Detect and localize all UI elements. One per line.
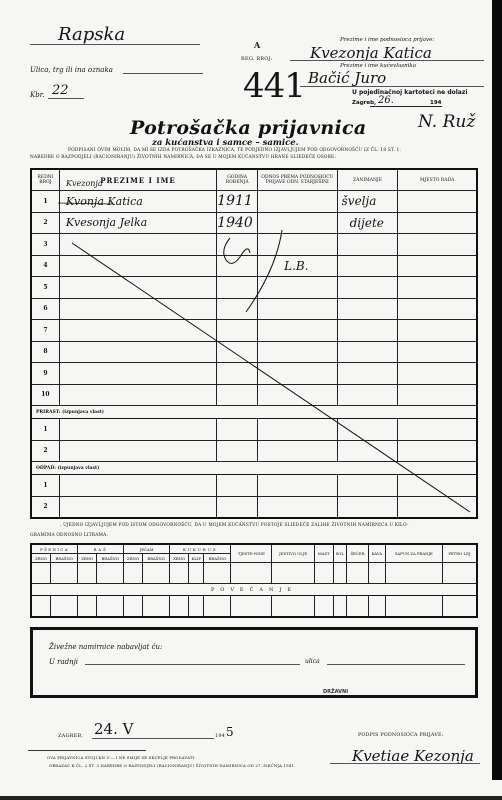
page-subtitle: za kućanstva i samce – samice. [152,138,299,148]
row-no: 10 [31,384,59,406]
street-handwritten: Rapska [58,24,125,45]
row-relation [258,277,338,299]
footer-year-suffix: 5 [226,725,234,739]
sub-psenica-zrno: ZRNO [31,554,51,563]
signature-underline [330,763,480,764]
group-petrolej: PETRO-LEJ [442,544,477,563]
owner-value: Bačić Juro [308,69,386,87]
table-row: 6 [31,298,477,320]
series-letter: A [254,40,260,50]
applicant-underline [290,60,484,61]
row-no: 1 [31,191,59,213]
row-occupation [337,277,398,299]
row-year [217,234,258,256]
sub-raz-brasno: BRAŠNO [97,554,124,563]
row-relation [258,384,338,406]
sub-psenica-brasno: BRAŠNO [51,554,78,563]
odpad-row: 1 [31,475,477,497]
footer-separator [28,750,146,751]
row-year [217,384,258,406]
supplies-increase-row [31,596,477,618]
row-no: 9 [31,363,59,385]
row-workplace [398,298,477,320]
page-title: Potrošačka prijavnica [130,117,367,139]
row-year [217,277,258,299]
row-occupation [337,234,398,256]
row-occupation: dijete [337,212,398,234]
row-no: 8 [31,341,59,363]
table-row: 3 [31,234,477,256]
row-name [59,277,216,299]
row-workplace [398,320,477,342]
row-name [59,298,216,320]
table-row: 10 [31,384,477,406]
header-relation: ODNOS PREMA PODNOSIOCU PRIJAVE ODN. STAR… [258,169,338,191]
povecanje-row: POVEĆANJE [31,584,477,596]
row-occupation [337,384,398,406]
row-occupation [337,341,398,363]
members-table: REDNI BROJ PREZIME I IME GODINA ROĐENJA … [30,168,478,519]
owner-underline [300,86,484,87]
row-workplace [398,234,477,256]
row-relation [258,212,338,234]
group-tjestenine: TJESTE-NINE [231,544,272,563]
table-row: 5 [31,277,477,299]
row-workplace [398,277,477,299]
row-no: 4 [31,255,59,277]
odpad-section-row: ODPAD: (izpunjava vlast) [31,462,477,475]
row-workplace [398,363,477,385]
house-number-label: Kbr. [30,91,45,99]
header-occupation: ZANIMANJE [337,169,398,191]
intro-line-1: PODPISANI OVIM MOLIM, DA MI SE IZDA POTR… [68,148,401,153]
group-sol: SOL [333,544,347,563]
footer-year-prefix: 194 [215,733,225,739]
row-name: Kvesonja Jelka [59,212,216,234]
supplies-intro-line-1: , UJEDNO IZJAVLJUJEM POD ISTOM ODGOVORNO… [60,523,409,528]
document-page: Rapska Ulica, trg ili ina oznaka Kbr. 22… [0,0,502,800]
row-relation: L.B. [258,255,338,277]
row-year: 1940 [217,212,258,234]
row-year [217,255,258,277]
row-workplace [398,384,477,406]
group-kava: KAVA [368,544,385,563]
prirast-row-no: 1 [31,419,59,441]
purchase-box: Živežne namirnice nabavljat ću: U radnji… [30,627,478,698]
house-number-value: 22 [52,83,69,98]
sub-jecam-brasno: BRAŠNO [143,554,170,563]
group-sapun: SAPUN ZA PRANJE [385,544,442,563]
table-row: 2 Kvesonja Jelka 1940 dijete [31,212,477,234]
odpad-row-no: 2 [31,496,59,518]
row-name [59,384,216,406]
prirast-section-row: PRIRAST: (izpunjava vlast) [31,406,477,419]
intro-line-2: NAREDBE O RAZPODJELI (RACIONIRANJU) ŽIVO… [30,155,336,160]
group-secer: ŠEĆER [347,544,369,563]
odpad-label: ODPAD: (izpunjava vlast) [31,462,477,475]
row-name [59,363,216,385]
supplies-intro-line-2: GRAMIMA ODNOSNO LITRAMA: [30,533,108,538]
group-raz: RAŽ [78,544,124,554]
row-relation [258,191,338,213]
row-relation [258,341,338,363]
row-no: 5 [31,277,59,299]
odpad-row: 2 [31,496,477,518]
supplies-table: PŠENICA RAŽ JEČAM KUKURUZ TJESTE-NINE JE… [30,543,478,618]
footer-note-2: OBRAZAC K ČL. 2 ST. 3 NAREDBE O RAZPODJE… [49,763,295,768]
footer-note-1: OVA PRIJAVNICA STOJI KN 5'— I NE SMIJE S… [47,755,196,760]
table-row: 1 Kvonja Katica 1911 švelja [31,191,477,213]
street-label: Ulica, trg ili ina oznaka [30,66,113,74]
row-occupation [337,363,398,385]
signature-label: PODPIS PODNOSIOCA PRIJAVE: [358,733,444,738]
prirast-label: PRIRAST: (izpunjava vlast) [31,406,477,419]
row-relation [258,234,338,256]
row-year [217,298,258,320]
header-year: GODINA ROĐENJA [217,169,258,191]
group-jestivo-ulje: JESTIVO ULJE [272,544,314,563]
header-workplace: MJESTO RADA [398,169,477,191]
stamp-signature: N. Ruž [418,112,475,132]
row-workplace [398,212,477,234]
row-occupation [337,255,398,277]
scan-edge-bottom [0,796,502,800]
row-name [59,255,216,277]
street-underline-box [327,664,465,665]
povecanje-label: POVEĆANJE [31,584,477,596]
row-occupation: švelja [337,191,398,213]
row-year [217,341,258,363]
row-workplace [398,191,477,213]
row-no: 2 [31,212,59,234]
header-no: REDNI BROJ [31,169,59,191]
row-name: Kvonja Katica [59,191,216,213]
footer-city: ZAGREB, [58,733,83,739]
sub-kukuruz-zrno: ZRNO [170,554,189,563]
prirast-row: 1 [31,419,477,441]
row-name [59,320,216,342]
table-row: 7 [31,320,477,342]
header-annotation: Kvezonja [66,179,103,188]
shop-underline [85,664,300,665]
group-mast: MAST [314,544,333,563]
scan-edge-right [492,0,502,780]
table-row: 9 [31,363,477,385]
row-no: 6 [31,298,59,320]
prirast-row: 2 [31,440,477,462]
sub-kukuruz-brasno: BRAŠNO [204,554,231,563]
row-year [217,363,258,385]
row-workplace [398,341,477,363]
applicant-label: Prezime i ime podnosioca prijave: [340,37,434,43]
group-jecam: JEČAM [124,544,170,554]
row-workplace [398,255,477,277]
row-no: 3 [31,234,59,256]
row-relation [258,320,338,342]
supplies-values-row [31,563,477,584]
stamp-line-1: U pojedinačnoj kartoteci ne dolazi [352,89,467,96]
stamp-date-underline [370,106,442,107]
supplies-group-row: PŠENICA RAŽ JEČAM KUKURUZ TJESTE-NINE JE… [31,544,477,554]
reg-number-value: 441 [243,66,305,106]
prirast-row-no: 2 [31,440,59,462]
sub-jecam-zrno: ZRNO [124,554,143,563]
row-name [59,341,216,363]
stamp-fragment: DRŽAVNI [323,689,348,695]
row-year [217,320,258,342]
street-label-underline [123,73,203,74]
reg-number-label: REG. BROJ: [241,56,272,62]
shop-label: U radnji [49,658,78,666]
row-relation [258,298,338,320]
group-kukuruz: KUKURUZ [170,544,231,554]
row-no: 7 [31,320,59,342]
table-row: 4 L.B. [31,255,477,277]
footer-date: 24. V [94,720,133,738]
street-label-box: ulica [305,658,320,665]
sub-raz-zrno: ZRNO [78,554,97,563]
sub-kukuruz-klip: KLIP [189,554,204,563]
footer-date-underline [92,738,214,739]
house-number-underline [48,98,84,99]
street-underline [30,44,200,45]
purchase-line-1: Živežne namirnice nabavljat ću: [49,643,162,651]
group-psenica: PŠENICA [31,544,78,554]
odpad-row-no: 1 [31,475,59,497]
row-occupation [337,320,398,342]
stamp-year: 194 [430,100,441,106]
stamp-date: 26. [378,95,394,106]
table-row: 8 [31,341,477,363]
row-relation [258,363,338,385]
row-name [59,234,216,256]
row-occupation [337,298,398,320]
row-year: 1911 [217,191,258,213]
